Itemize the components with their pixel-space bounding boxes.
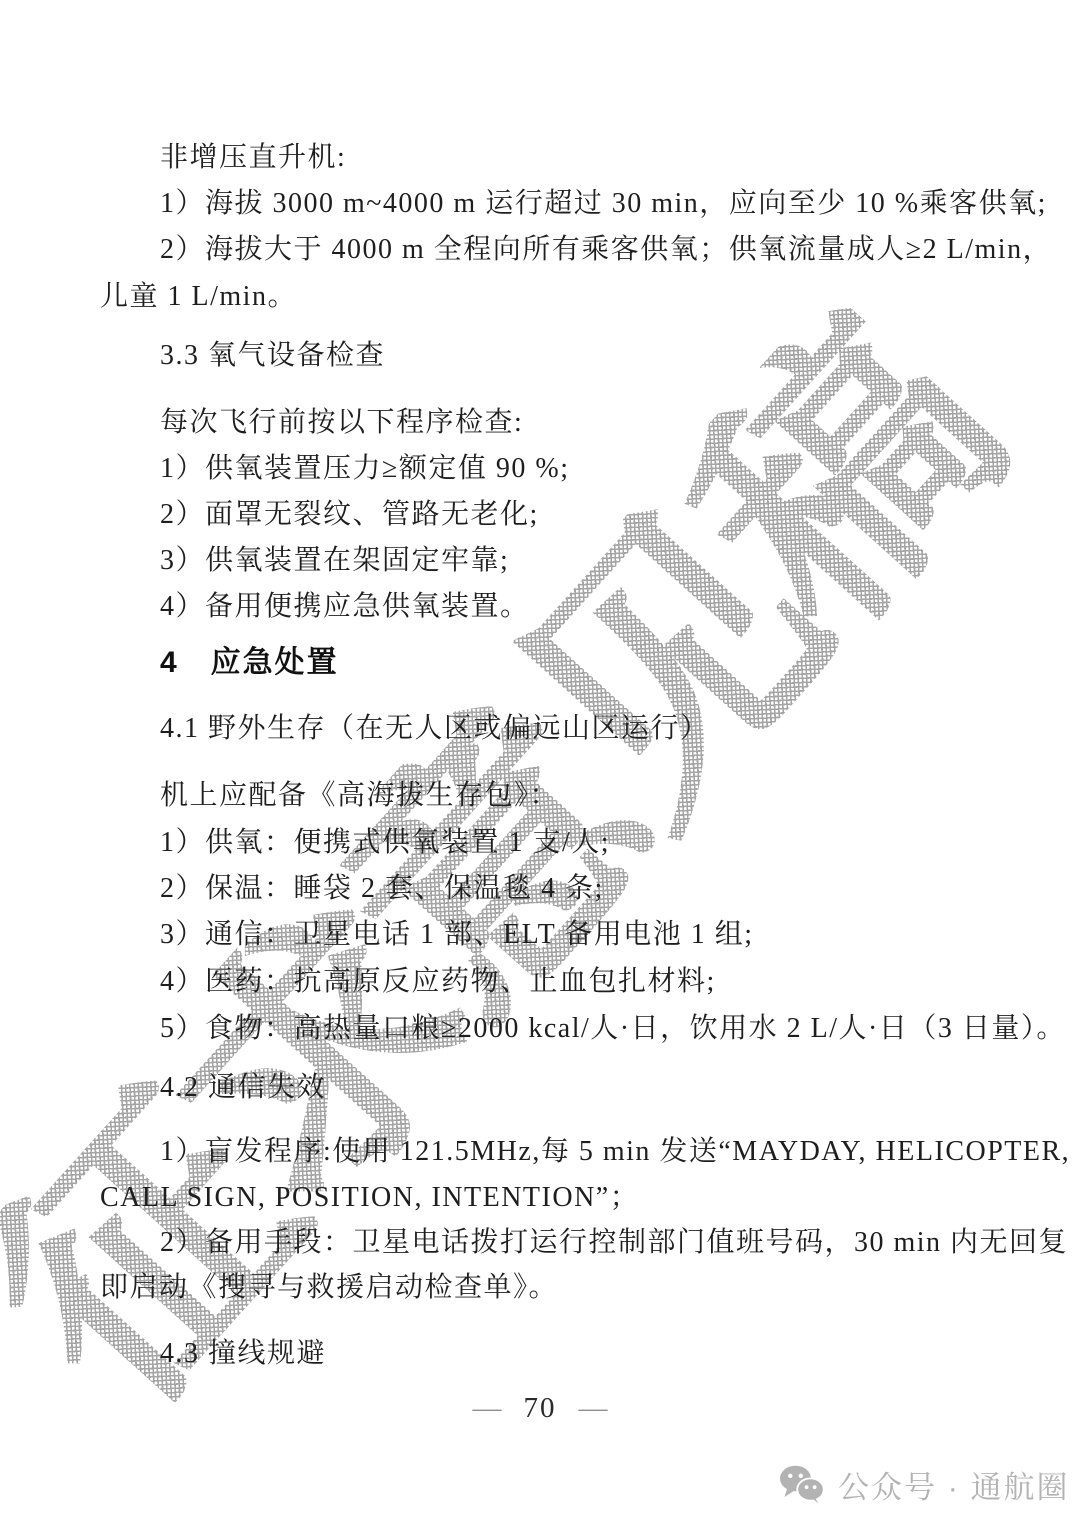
line-check-item-3: 3）供氧装置在架固定牢靠;	[160, 544, 509, 578]
line-backup-means-1: 2）备用手段：卫星电话拨打运行控制部门值班号码，30 min 内无回复	[160, 1226, 1068, 1260]
page-number-value: 70	[524, 1392, 557, 1424]
line-backup-means-2: 即启动《搜寻与救援启动检查单》。	[100, 1271, 558, 1305]
line-check-item-4: 4）备用便携应急供氧装置。	[160, 590, 530, 624]
footer-account-label: 公众号 · 通航圈	[838, 1462, 1070, 1507]
footer-stamp: 公众号 · 通航圈	[778, 1460, 1070, 1508]
line-preflight-check-intro: 每次飞行前按以下程序检查:	[160, 406, 523, 440]
line-kit-food: 5）食物：高热量口粮≥2000 kcal/人·日，饮用水 2 L/人·日（3 日…	[160, 1012, 1066, 1046]
line-kit-oxygen: 1）供氧：便携式供氧装置 1 支/人;	[160, 826, 610, 860]
line-kit-warmth: 2）保温：睡袋 2 套、保温毯 4 条;	[160, 872, 604, 906]
line-nonpressurized-heli: 非增压直升机:	[160, 141, 346, 175]
line-children-flow: 儿童 1 L/min。	[100, 280, 297, 314]
line-altitude-above-4000: 2）海拔大于 4000 m 全程向所有乘客供氧；供氧流量成人≥2 L/min，	[160, 233, 1052, 267]
line-altitude-3000-4000: 1）海拔 3000 m~4000 m 运行超过 30 min，应向至少 10 %…	[160, 187, 1047, 221]
line-blind-call-2: CALL SIGN, POSITION, INTENTION”；	[100, 1181, 639, 1215]
line-check-item-2: 2）面罩无裂纹、管路无老化;	[160, 498, 539, 532]
page-number-right-dash: —	[579, 1392, 608, 1424]
line-blind-call-1: 1）盲发程序:使用 121.5MHz,每 5 min 发送“MAYDAY, HE…	[160, 1135, 1070, 1169]
document-page: 征求意见稿 非增压直升机: 1）海拔 3000 m~4000 m 运行超过 30…	[0, 0, 1080, 1527]
page-number: —70—	[0, 1392, 1080, 1425]
line-survival-kit-intro: 机上应配备《高海拔生存包》：	[160, 779, 559, 813]
heading-3-3-oxygen-check: 3.3 氧气设备检查	[160, 339, 385, 373]
wechat-icon	[778, 1464, 824, 1504]
heading-4-3-wire-avoidance: 4.3 撞线规避	[160, 1337, 326, 1371]
line-kit-medical: 4）医药：抗高原反应药物、止血包扎材料;	[160, 965, 716, 999]
heading-4-2-comm-failure: 4.2 通信失效	[160, 1071, 326, 1105]
document-body: 非增压直升机: 1）海拔 3000 m~4000 m 运行超过 30 min，应…	[0, 0, 1080, 1527]
page-number-left-dash: —	[473, 1392, 502, 1424]
line-check-item-1: 1）供氧装置压力≥额定值 90 %;	[160, 452, 569, 486]
line-kit-comms: 3）通信：卫星电话 1 部、ELT 备用电池 1 组;	[160, 918, 754, 952]
heading-4-emergency: 4 应急处置	[160, 646, 339, 680]
heading-4-1-survival: 4.1 野外生存（在无人区或偏远山区运行）	[160, 712, 710, 746]
